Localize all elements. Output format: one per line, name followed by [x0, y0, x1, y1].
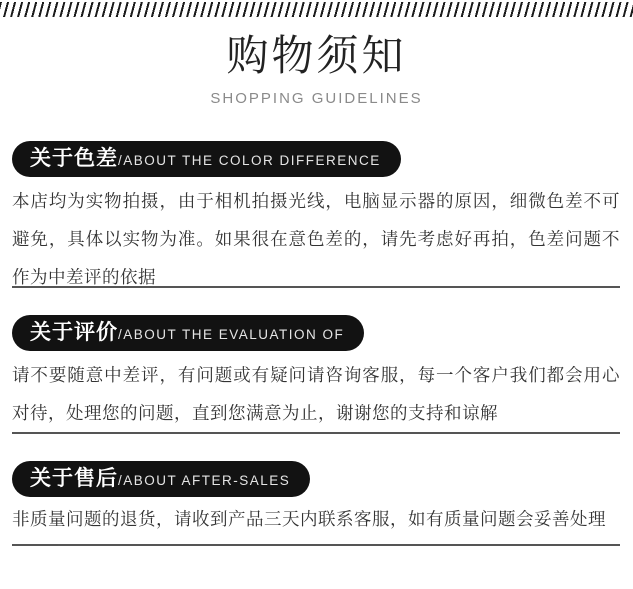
- section-color-difference-header: 关于色差 /ABOUT THE COLOR DIFFERENCE: [12, 141, 620, 177]
- badge-title-en: /ABOUT AFTER-SALES: [118, 463, 290, 499]
- badge-title-cn: 关于评价: [30, 315, 118, 351]
- shopping-guidelines-page: 购物须知 SHOPPING GUIDELINES 关于色差 /ABOUT THE…: [0, 0, 633, 589]
- hatch-stripe-border: [0, 2, 633, 17]
- badge-after-sales: 关于售后 /ABOUT AFTER-SALES: [12, 461, 310, 497]
- section-evaluation-header: 关于评价 /ABOUT THE EVALUATION OF: [12, 315, 620, 351]
- guidelines-content: 关于色差 /ABOUT THE COLOR DIFFERENCE 本店均为实物拍…: [0, 141, 633, 546]
- section-divider: [12, 544, 620, 546]
- badge-evaluation: 关于评价 /ABOUT THE EVALUATION OF: [12, 315, 364, 351]
- page-subtitle: SHOPPING GUIDELINES: [0, 91, 633, 107]
- badge-title-cn: 关于色差: [30, 141, 118, 177]
- section-after-sales-header: 关于售后 /ABOUT AFTER-SALES: [12, 461, 620, 497]
- badge-title-en: /ABOUT THE EVALUATION OF: [118, 317, 344, 353]
- section-divider: [12, 432, 620, 434]
- page-title: 购物须知: [0, 33, 633, 79]
- badge-title-cn: 关于售后: [30, 461, 118, 497]
- section-color-difference-body: 本店均为实物拍摄，由于相机拍摄光线，电脑显示器的原因，细微色差不可避免，具体以实…: [12, 182, 620, 296]
- badge-title-en: /ABOUT THE COLOR DIFFERENCE: [118, 143, 381, 179]
- badge-color-difference: 关于色差 /ABOUT THE COLOR DIFFERENCE: [12, 141, 401, 177]
- section-after-sales-body: 非质量问题的退货，请收到产品三天内联系客服，如有质量问题会妥善处理: [12, 500, 620, 538]
- section-evaluation-body: 请不要随意中差评，有问题或有疑问请咨询客服，每一个客户我们都会用心对待，处理您的…: [12, 356, 620, 432]
